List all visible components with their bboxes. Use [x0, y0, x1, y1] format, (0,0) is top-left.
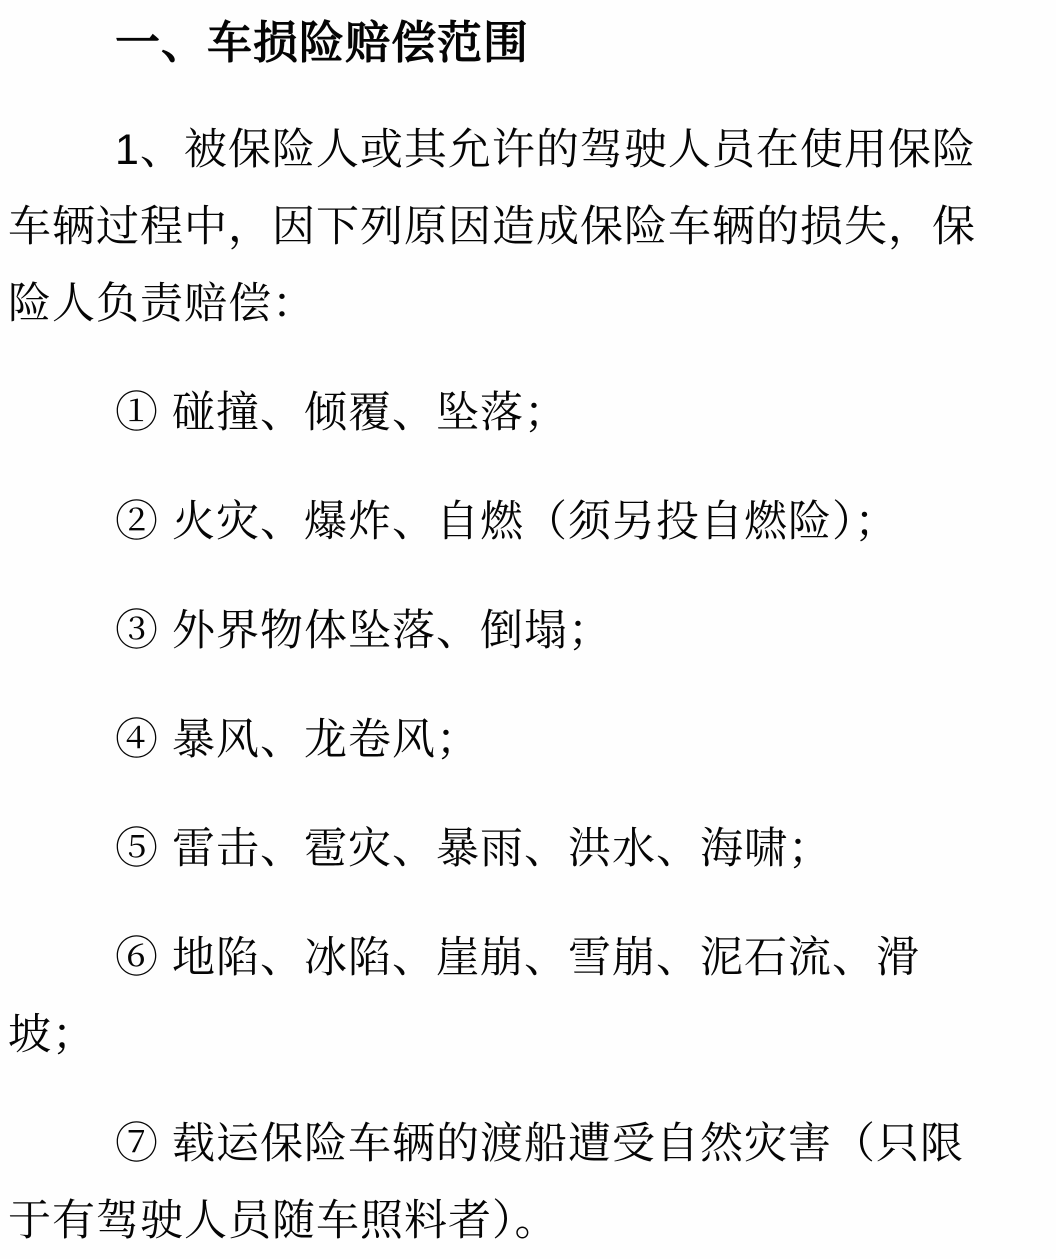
list-item-3: ③ 外界物体坠落、倒塌； — [8, 593, 994, 670]
list-item-4: ④ 暴风、龙卷风； — [8, 702, 994, 779]
intro-paragraph: 1、被保险人或其允许的驾驶人员在使用保险车辆过程中，因下列原因造成保险车辆的损失… — [8, 112, 994, 343]
list-item-7: ⑦ 载运保险车辆的渡船遭受自然灾害（只限于有驾驶人员随车照料者）。 — [8, 1106, 994, 1259]
list-item-2: ② 火灾、爆炸、自燃（须另投自燃险）； — [8, 484, 994, 561]
list-item-1: ① 碰撞、倾覆、坠落； — [8, 375, 994, 452]
list-item-6: ⑥ 地陷、冰陷、崖崩、雪崩、泥石流、滑坡； — [8, 920, 994, 1074]
list-item-5: ⑤ 雷击、雹灾、暴雨、洪水、海啸； — [8, 811, 994, 888]
section-heading: 一、车损险赔偿范围 — [8, 10, 994, 76]
article-body: 一、车损险赔偿范围 1、被保险人或其允许的驾驶人员在使用保险车辆过程中，因下列原… — [0, 0, 1056, 1259]
